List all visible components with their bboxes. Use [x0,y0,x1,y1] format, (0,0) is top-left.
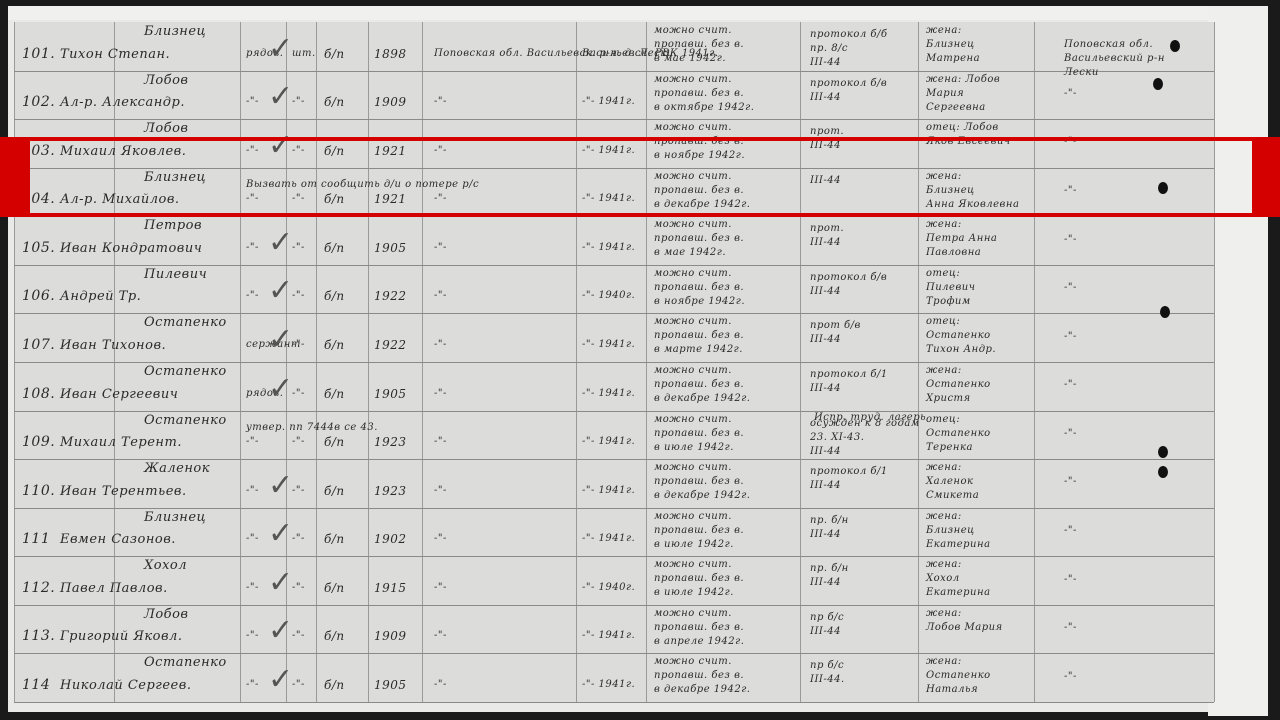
table-row: 114ОстапенкоНиколай Сергеев.-"-✓-"-б/п19… [14,653,1214,703]
checkmark-icon: ✓ [268,79,293,114]
table-row: 110.ЖаленокИван Терентьев.-"-✓-"-б/п1923… [14,459,1214,509]
surname: Остапенко [144,413,227,428]
status-line: можно счит. [654,510,732,523]
status-line: пропавш. без в. [654,38,744,51]
given-name: Евмен Сазонов. [60,532,176,547]
relative-line: отец: [926,315,960,328]
relative-line: Близнец [926,38,975,51]
status-line: в июле 1942г. [654,538,734,551]
unit: -"- [292,387,305,400]
order-line: III-44 [810,382,841,395]
party: б/п [324,435,345,450]
relative-line: Христя [926,392,971,405]
relative-line: Екатерина [926,586,991,599]
party: б/п [324,47,345,62]
relative-line: жена: [926,461,962,474]
table-row: 101.БлизнецТихон Степан.рядов.✓шт.б/п189… [14,22,1214,72]
party: б/п [324,678,345,693]
checkmark-icon: ✓ [268,468,293,503]
checkmark-icon: ✓ [268,516,293,551]
rank: -"- [246,678,259,691]
given-name: Павел Павлов. [60,581,168,596]
row-number: 102. [22,95,55,110]
row-number: 108. [22,387,55,402]
address-line: Васильевский р-н [1064,52,1165,65]
party: б/п [324,532,345,547]
status-line: можно счит. [654,267,732,280]
status-line: можно счит. [654,24,732,37]
relative-line: Сергеевна [926,101,986,114]
status-line: пропавш. без в. [654,621,744,634]
birthplace: -"- [434,289,447,302]
relative-line: Остапенко [926,329,991,342]
annotation-note: утвер. пп 7444в се 43. [246,421,378,434]
given-name: Николай Сергеев. [60,678,191,693]
unit: -"- [292,678,305,691]
birthplace: -"- [434,435,447,448]
checkmark-icon: ✓ [268,371,293,406]
relative-line: Остапенко [926,669,991,682]
relative-line: отец: [926,267,960,280]
table-row: 112.ХохолПавел Павлов.-"-✓-"-б/п1915-"--… [14,556,1214,606]
birthplace: -"- [434,678,447,691]
page-top-margin [8,6,1228,20]
relative-line: Остапенко [926,427,991,440]
row-number: 112. [22,581,55,596]
row-number: 107. [22,338,55,353]
address-line: -"- [1064,573,1077,586]
rank: -"- [246,629,259,642]
relative-line: Тихон Андр. [926,343,996,356]
birthplace: -"- [434,532,447,545]
order-line: протокол б/в [810,77,887,90]
surname: Остапенко [144,655,227,670]
relative-line: Остапенко [926,378,991,391]
order-line: протокол б/1 [810,368,888,381]
unit: -"- [292,629,305,642]
relative-line: жена: [926,655,962,668]
table-row: 113.ЛобовГригорий Яковл.-"-✓-"-б/п1909-"… [14,605,1214,655]
order-line: протокол б/в [810,271,887,284]
relative-line: отец: [926,413,960,426]
row-number: 106. [22,289,55,304]
unit: -"- [292,581,305,594]
unit: -"- [292,95,305,108]
address-line: -"- [1064,475,1077,488]
punch-hole [1160,306,1170,318]
checkmark-icon: ✓ [268,273,293,308]
status-line: в октябре 1942г. [654,101,754,114]
relative-line: Трофим [926,295,971,308]
given-name: Григорий Яковл. [60,629,182,644]
relative-line: жена: [926,607,962,620]
rank: -"- [246,532,259,545]
given-name: Андрей Тр. [60,289,141,304]
surname: Жаленок [144,461,210,476]
birth-year: 1905 [374,241,407,256]
highlight-marker-right [1256,137,1280,217]
draft-office: -"- 1940г. [582,289,635,302]
status-line: пропавш. без в. [654,329,744,342]
status-line: можно счит. [654,413,732,426]
address-line: -"- [1064,670,1077,683]
rank: -"- [246,484,259,497]
status-line: в ноябре 1942г. [654,295,745,308]
relative-line: Близнец [926,524,975,537]
draft-office: -"- 1941г. [582,532,635,545]
surname: Пилевич [144,267,207,282]
order-line: III-44. [810,673,845,686]
party: б/п [324,241,345,256]
birth-year: 1898 [374,47,407,62]
row-number: 101. [22,47,55,62]
relative-line: жена: [926,24,962,37]
unit: -"- [292,338,305,351]
unit: -"- [292,532,305,545]
order-line: III-44 [810,528,841,541]
birth-year: 1902 [374,532,407,547]
table-row: 106.ПилевичАндрей Тр.-"-✓-"-б/п1922-"--"… [14,265,1214,315]
checkmark-icon: ✓ [268,31,293,66]
row-number: 105. [22,241,55,256]
column-divider [1214,22,1215,702]
status-line: в мае 1942г. [654,52,726,65]
address-line: -"- [1064,87,1077,100]
relative-line: Пилевич [926,281,975,294]
unit: -"- [292,484,305,497]
relative-line: Петра Анна [926,232,997,245]
status-line: можно счит. [654,461,732,474]
party: б/п [324,95,345,110]
birth-year: 1923 [374,484,407,499]
status-line: можно счит. [654,73,732,86]
surname: Остапенко [144,364,227,379]
annotation-note: Испр. труд. лагерь [814,411,926,424]
birth-year: 1905 [374,387,407,402]
unit: -"- [292,241,305,254]
birth-year: 1905 [374,678,407,693]
draft-office: -"- 1941г. [582,678,635,691]
relative-line: жена: [926,218,962,231]
order-line: пр. б/н [810,562,849,575]
row-number: 110. [22,484,55,499]
status-line: можно счит. [654,655,732,668]
order-line: III-44 [810,625,841,638]
surname: Лобов [144,73,189,88]
checkmark-icon: ✓ [268,613,293,648]
status-line: в марте 1942г. [654,343,743,356]
given-name: Иван Сергеевич [60,387,178,402]
relative-line: жена: [926,364,962,377]
surname: Петров [144,218,202,233]
order-line: III-44 [810,236,841,249]
surname: Лобов [144,121,189,136]
surname: Лобов [144,607,189,622]
row-number: 109. [22,435,55,450]
order-line: III-44 [810,56,841,69]
draft-office: -"- 1941г. [582,387,635,400]
page-right-margin [1208,6,1268,716]
status-line: можно счит. [654,315,732,328]
status-line: пропавш. без в. [654,524,744,537]
register-table: 101.БлизнецТихон Степан.рядов.✓шт.б/п189… [14,22,1214,702]
given-name: Ал-р. Александр. [60,95,185,110]
birthplace: -"- [434,241,447,254]
order-line: III-44 [810,333,841,346]
status-line: в апреле 1942г. [654,635,744,648]
birth-year: 1922 [374,338,407,353]
draft-office: -"- 1941г. [582,241,635,254]
checkmark-icon: ✓ [268,225,293,260]
order-line: пр. б/н [810,514,849,527]
party: б/п [324,581,345,596]
punch-hole [1158,446,1168,458]
order-line: протокол б/б [810,28,887,41]
unit: -"- [292,435,305,448]
birthplace: -"- [434,95,447,108]
status-line: пропавш. без в. [654,475,744,488]
order-line: пр б/с [810,659,844,672]
punch-hole [1153,78,1163,90]
relative-line: Хохол [926,572,960,585]
draft-office: -"- 1941г. [582,95,635,108]
draft-office: -"- 1941г. [582,484,635,497]
relative-line: жена: Лобов [926,73,1000,86]
address-line: -"- [1064,281,1077,294]
given-name: Иван Кондратович [60,241,202,256]
relative-line: отец: Лобов [926,121,999,134]
row-number: 113. [22,629,55,644]
birth-year: 1922 [374,289,407,304]
status-line: в мае 1942г. [654,246,726,259]
order-line: 23. XI-43. [810,431,864,444]
draft-office: -"- 1940г. [582,581,635,594]
order-line: прот б/в [810,319,861,332]
table-row: 111БлизнецЕвмен Сазонов.-"-✓-"-б/п1902-"… [14,508,1214,558]
address-line: -"- [1064,330,1077,343]
relative-line: Екатерина [926,538,991,551]
checkmark-icon: ✓ [268,662,293,697]
party: б/п [324,289,345,304]
status-line: можно счит. [654,364,732,377]
table-row: 107.ОстапенкоИван Тихонов.сержант✓-"-б/п… [14,313,1214,363]
table-row: 102.ЛобовАл-р. Александр.-"-✓-"-б/п1909-… [14,71,1214,121]
birth-year: 1923 [374,435,407,450]
relative-line: жена: [926,510,962,523]
order-line: пр б/с [810,611,844,624]
birthplace: -"- [434,629,447,642]
unit: -"- [292,289,305,302]
address-line: -"- [1064,621,1077,634]
status-line: в июле 1942г. [654,441,734,454]
relative-line: Наталья [926,683,978,696]
checkmark-icon: ✓ [268,322,293,357]
table-row: 109.ОстапенкоМихаил Терент.-"--"-б/п1923… [14,411,1214,461]
unit: шт. [292,47,316,60]
status-line: пропавш. без в. [654,281,744,294]
status-line: в декабре 1942г. [654,392,750,405]
birthplace: -"- [434,484,447,497]
draft-office: -"- 1941г. [582,435,635,448]
status-line: пропавш. без в. [654,572,744,585]
status-line: пропавш. без в. [654,87,744,100]
relative-line: Смикета [926,489,979,502]
birth-year: 1909 [374,95,407,110]
birth-year: 1909 [374,629,407,644]
rank: -"- [246,581,259,594]
checkmark-icon: ✓ [268,565,293,600]
surname: Близнец [144,510,206,525]
status-line: пропавш. без в. [654,232,744,245]
surname: Остапенко [144,315,227,330]
party: б/п [324,484,345,499]
given-name: Иван Тихонов. [60,338,166,353]
order-line: III-44 [810,285,841,298]
highlight-box [26,137,1256,217]
relative-line: Лобов Мария [926,621,1003,634]
address-line: Поповская обл. [1064,38,1153,51]
address-line: -"- [1064,427,1077,440]
given-name: Иван Терентьев. [60,484,187,499]
given-name: Тихон Степан. [60,47,170,62]
order-line: прот. [810,222,844,235]
address-line: -"- [1064,524,1077,537]
order-line: III-44 [810,91,841,104]
status-line: можно счит. [654,218,732,231]
table-row: 105.ПетровИван Кондратович-"-✓-"-б/п1905… [14,216,1214,266]
order-line: III-44 [810,479,841,492]
birthplace: -"- [434,338,447,351]
relative-line: Павловна [926,246,981,259]
party: б/п [324,338,345,353]
status-line: в июле 1942г. [654,586,734,599]
address-line: -"- [1064,233,1077,246]
relative-line: Матрена [926,52,980,65]
document-page: 101.БлизнецТихон Степан.рядов.✓шт.б/п189… [8,6,1248,712]
relative-line: Мария [926,87,964,100]
punch-hole [1158,466,1168,478]
relative-line: жена: [926,558,962,571]
status-line: в декабре 1942г. [654,683,750,696]
rank: -"- [246,95,259,108]
rank: -"- [246,289,259,302]
surname: Близнец [144,24,206,39]
punch-hole [1170,40,1180,52]
given-name: Михаил Терент. [60,435,182,450]
party: б/п [324,387,345,402]
order-line: III-44 [810,445,841,458]
status-line: пропавш. без в. [654,669,744,682]
draft-office: -"- 1941г. [582,338,635,351]
address-line: -"- [1064,378,1077,391]
highlight-marker-left [0,137,26,217]
party: б/п [324,629,345,644]
rank: -"- [246,435,259,448]
surname: Хохол [144,558,187,573]
relative-line: Теренка [926,441,973,454]
table-row: 108.ОстапенкоИван Сергеевичрядов.✓-"-б/п… [14,362,1214,412]
birthplace: -"- [434,387,447,400]
order-line: III-44 [810,576,841,589]
draft-office: -"- 1941г. [582,629,635,642]
status-line: пропавш. без в. [654,378,744,391]
status-line: можно счит. [654,558,732,571]
status-line: в декабре 1942г. [654,489,750,502]
status-line: можно счит. [654,121,732,134]
birth-year: 1915 [374,581,407,596]
relative-line: Халенок [926,475,973,488]
row-number: 111 [22,532,50,547]
birthplace: -"- [434,581,447,594]
status-line: можно счит. [654,607,732,620]
rank: -"- [246,241,259,254]
row-number: 114 [22,678,50,693]
status-line: пропавш. без в. [654,427,744,440]
order-line: протокол б/1 [810,465,888,478]
order-line: пр. 8/с [810,42,848,55]
